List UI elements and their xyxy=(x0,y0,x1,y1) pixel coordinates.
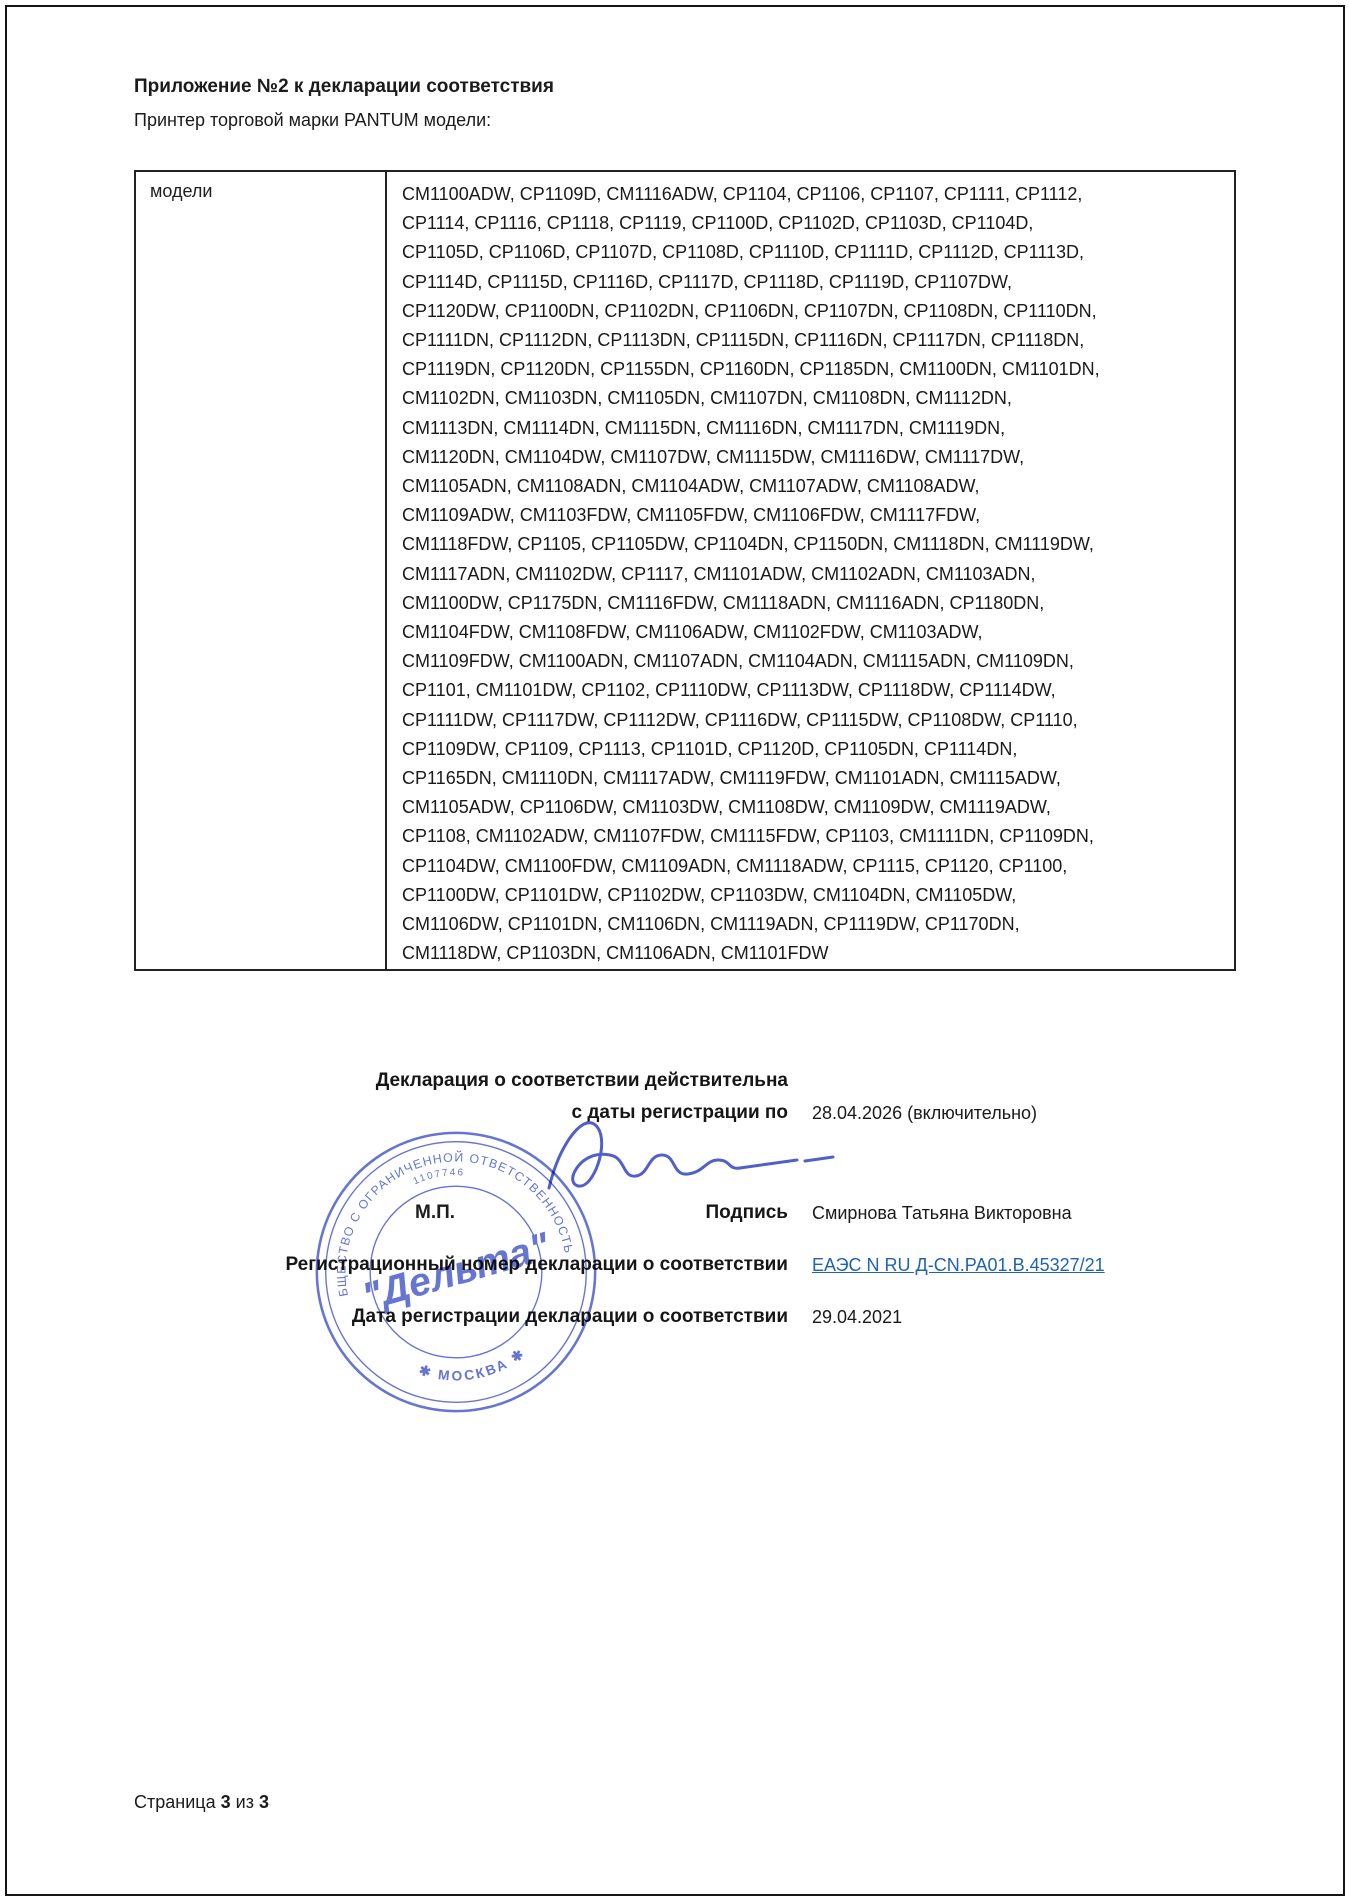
model-line: CP1111DN, CP1112DN, CP1113DN, CP1115DN, … xyxy=(402,326,1224,355)
footer-page-number: 3 xyxy=(221,1792,231,1812)
model-line: CM1118FDW, CP1105, CP1105DW, CP1104DN, C… xyxy=(402,530,1224,559)
reg-date-value: 29.04.2021 xyxy=(812,1307,902,1328)
table-models-cell: CM1100ADW, CP1109D, CM1116ADW, CP1104, C… xyxy=(387,172,1234,969)
model-line: CP1114, CP1116, CP1118, CP1119, CP1100D,… xyxy=(402,209,1224,238)
reg-number-value-link[interactable]: ЕАЭС N RU Д-CN.РА01.В.45327/21 xyxy=(812,1255,1105,1276)
model-line: CM1109FDW, CM1100ADN, CM1107ADN, CM1104A… xyxy=(402,647,1224,676)
model-line: CP1105D, CP1106D, CP1107D, CP1108D, CP11… xyxy=(402,238,1224,267)
validity-label-line1: Декларация о соответствии действительна xyxy=(168,1070,788,1092)
page-footer: Страница 3 из 3 xyxy=(134,1792,269,1813)
model-line: CP1120DW, CP1100DN, CP1102DN, CP1106DN, … xyxy=(402,297,1224,326)
model-line: CM1109ADW, CM1103FDW, CM1105FDW, CM1106F… xyxy=(402,501,1224,530)
page-title: Приложение №2 к декларации соответствия xyxy=(134,76,554,98)
model-line: CP1108, CM1102ADW, CM1107FDW, CM1115FDW,… xyxy=(402,822,1224,851)
model-line: CP1100DW, CP1101DW, CP1102DW, CP1103DW, … xyxy=(402,881,1224,910)
model-line: CP1119DN, CP1120DN, CP1155DN, CP1160DN, … xyxy=(402,355,1224,384)
model-line: CM1100ADW, CP1109D, CM1116ADW, CP1104, C… xyxy=(402,180,1224,209)
model-line: CM1100DW, CP1175DN, CM1116FDW, CM1118ADN… xyxy=(402,589,1224,618)
stamp-center-text: "Дельта" xyxy=(357,1224,555,1320)
document-page: Приложение №2 к декларации соответствия … xyxy=(0,0,1349,1900)
model-line: CP1165DN, CM1110DN, CM1117ADW, CM1119FDW… xyxy=(402,764,1224,793)
model-line: CM1118DW, CP1103DN, CM1106ADN, CM1101FDW xyxy=(402,939,1224,968)
footer-of-word: из xyxy=(236,1792,254,1812)
stamp-ring-text-bottom: ✱ МОСКВА ✱ xyxy=(415,1343,531,1392)
model-line: CM1113DN, CM1114DN, CM1115DN, CM1116DN, … xyxy=(402,414,1224,443)
footer-total-pages: 3 xyxy=(259,1792,269,1812)
model-line: CP1101, CM1101DW, CP1102, CP1110DW, CP11… xyxy=(402,676,1224,705)
model-line: CM1105ADN, CM1108ADN, CM1104ADW, CM1107A… xyxy=(402,472,1224,501)
model-line: CM1120DN, CM1104DW, CM1107DW, CM1115DW, … xyxy=(402,443,1224,472)
footer-prefix: Страница xyxy=(134,1792,216,1812)
model-line: CP1109DW, CP1109, CP1113, CP1101D, CP112… xyxy=(402,735,1224,764)
model-line: CM1117ADN, CM1102DW, CP1117, CM1101ADW, … xyxy=(402,560,1224,589)
model-line: CM1105ADW, CP1106DW, CM1103DW, CM1108DW,… xyxy=(402,793,1224,822)
model-line: CP1111DW, CP1117DW, CP1112DW, CP1116DW, … xyxy=(402,706,1224,735)
model-line: CM1104FDW, CM1108FDW, CM1106ADW, CM1102F… xyxy=(402,618,1224,647)
model-line: CM1102DN, CM1103DN, CM1105DN, CM1107DN, … xyxy=(402,384,1224,413)
model-line: CM1106DW, CP1101DN, CM1106DN, CM1119ADN,… xyxy=(402,910,1224,939)
signatory-name: Смирнова Татьяна Викторовна xyxy=(812,1203,1072,1224)
models-table: модели CM1100ADW, CP1109D, CM1116ADW, CP… xyxy=(134,170,1236,971)
model-line: CP1104DW, CM1100FDW, CM1109ADN, CM1118AD… xyxy=(402,852,1224,881)
table-row-label: модели xyxy=(136,172,387,969)
page-subtitle: Принтер торговой марки PANTUM модели: xyxy=(134,110,491,131)
company-stamp: ОБЩЕСТВО С ОГРАНИЧЕННОЙ ОТВЕТСТВЕННОСТЬЮ… xyxy=(308,1124,604,1420)
model-line: CP1114D, CP1115D, CP1116D, CP1117D, CP11… xyxy=(402,268,1224,297)
